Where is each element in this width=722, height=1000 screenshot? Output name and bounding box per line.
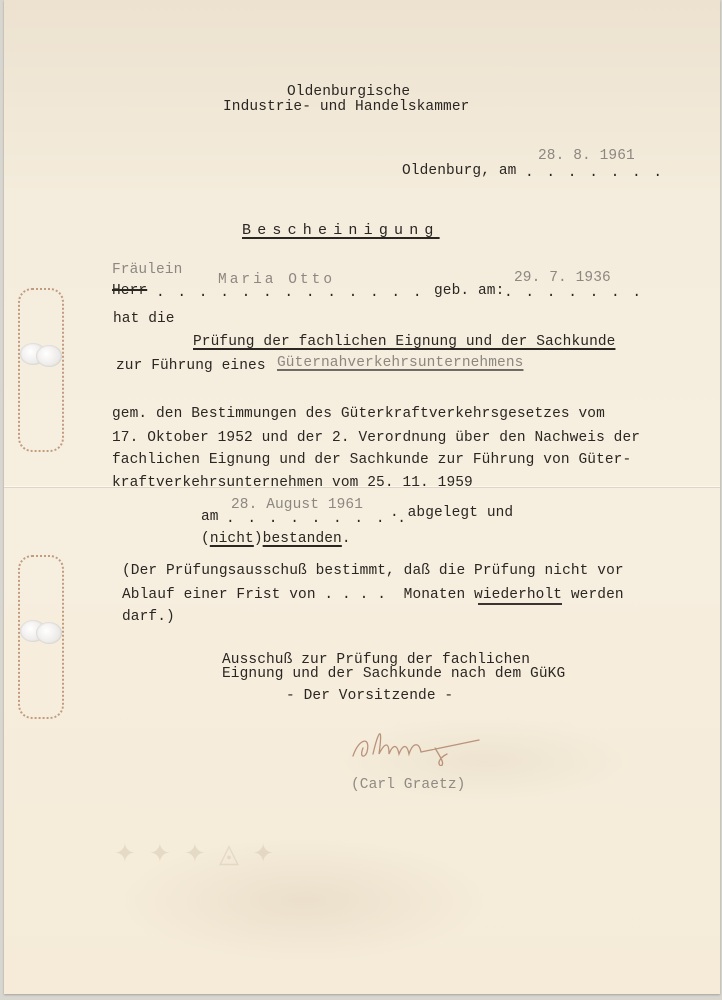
legal-line-1: gem. den Bestimmungen des Güterkraftverk… (112, 406, 605, 422)
certificate-page: Oldenburgische Industrie- und Handelskam… (4, 0, 720, 994)
result-bestanden: bestanden (263, 531, 342, 547)
chairman-role: - Der Vorsitzende - (286, 688, 453, 704)
punch-hole-icon (36, 622, 62, 644)
exam-date-suffix: . abgelegt und (390, 505, 513, 521)
period: . (342, 531, 351, 547)
legal-line-2: 17. Oktober 1952 und der 2. Verordnung ü… (112, 430, 640, 446)
birth-dots: . . . . . . . (504, 285, 643, 301)
exam-date: 28. August 1961 (231, 497, 363, 513)
embossed-seal: ✦ ✦ ✦ ◬ ✦ (114, 838, 277, 869)
signer-name: (Carl Graetz) (351, 777, 465, 793)
punch-hole-icon (36, 345, 62, 367)
date-value: 28. 8. 1961 (538, 148, 635, 164)
handwritten-signature-icon (349, 718, 529, 766)
recipient-name: Maria Otto (218, 272, 335, 288)
management-prefix: zur Führung eines (116, 358, 266, 374)
date-prefix: Oldenburg, am (402, 163, 516, 179)
result-nicht: nicht (210, 531, 254, 547)
committee-line-2: Eignung und der Sachkunde nach dem GüKG (222, 666, 565, 682)
salutation-filled: Fräulein (112, 262, 182, 278)
date-dots: . . . . . . . (525, 165, 664, 181)
exam-date-prefix: am (201, 509, 219, 525)
legal-line-4: kraftverkehrsunternehmen vom 25. 11. 195… (112, 475, 473, 491)
paren-close: ) (254, 531, 263, 547)
salutation-struck: Herr (112, 283, 147, 299)
letterhead-line-1: Oldenburgische (287, 84, 410, 100)
repeat-note-line-2: Ablauf einer Frist von . . . . Monaten w… (122, 587, 624, 603)
document-title: Bescheinigung (242, 222, 440, 239)
rust-clip-mark-top (18, 288, 64, 452)
exam-title: Prüfung der fachlichen Eignung und der S… (193, 334, 615, 350)
legal-line-3: fachlichen Eignung und der Sachkunde zur… (112, 452, 631, 468)
paren-open: ( (201, 531, 210, 547)
birth-label: geb. am: (434, 283, 504, 299)
repeat-note-line-1: (Der Prüfungsausschuß bestimmt, daß die … (122, 563, 624, 579)
letterhead-line-2: Industrie- und Handelskammer (223, 99, 469, 115)
repeat-note-line-3: darf.) (122, 609, 175, 625)
wiederholt-underline (478, 603, 562, 605)
result-line: (nicht)bestanden. (201, 531, 351, 547)
has-the-text: hat die (113, 311, 175, 327)
exam-date-dots: . . . . . . . . . (226, 511, 408, 527)
birth-date: 29. 7. 1936 (514, 270, 611, 286)
company-type: Güternahverkehrsunternehmens (277, 355, 523, 371)
